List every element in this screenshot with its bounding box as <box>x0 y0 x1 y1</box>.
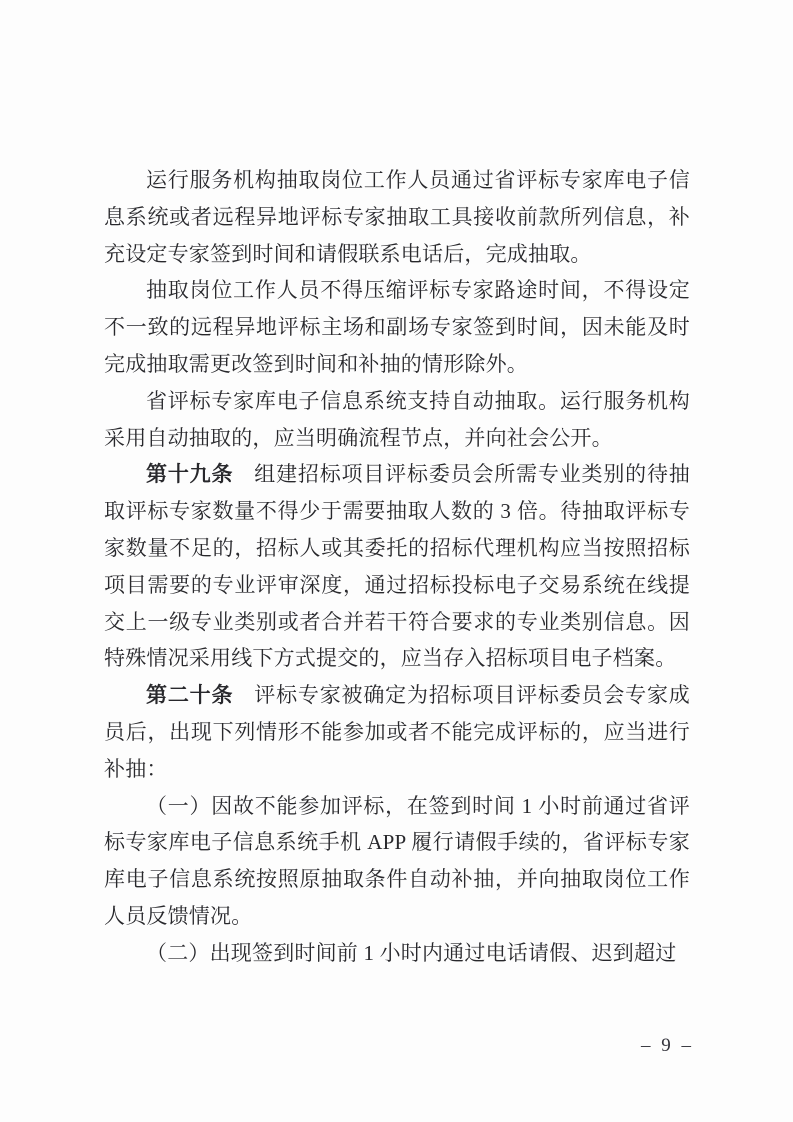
article-heading-20: 第二十条 <box>146 683 233 707</box>
paragraph: （二）出现签到时间前 1 小时内通过电话请假、迟到超过 <box>104 935 690 972</box>
paragraph: （一）因故不能参加评标，在签到时间 1 小时前通过省评标专家库电子信息系统手机 … <box>104 788 690 935</box>
paragraph: 运行服务机构抽取岗位工作人员通过省评标专家库电子信息系统或者远程异地评标专家抽取… <box>104 162 690 272</box>
article-heading-19: 第十九条 <box>146 462 233 486</box>
paragraph-text: （二）出现签到时间前 1 小时内通过电话请假、迟到超过 <box>146 941 676 965</box>
page-number: – 9 – <box>641 1035 694 1057</box>
paragraph-text: 组建招标项目评标委员会所需专业类别的待抽取评标专家数量不得少于需要抽取人数的 3… <box>104 462 690 670</box>
document-body: 运行服务机构抽取岗位工作人员通过省评标专家库电子信息系统或者远程异地评标专家抽取… <box>104 162 690 972</box>
paragraph-text: 运行服务机构抽取岗位工作人员通过省评标专家库电子信息系统或者远程异地评标专家抽取… <box>104 168 690 266</box>
paragraph-text: （一）因故不能参加评标，在签到时间 1 小时前通过省评标专家库电子信息系统手机 … <box>104 794 690 928</box>
paragraph: 第十九条组建招标项目评标委员会所需专业类别的待抽取评标专家数量不得少于需要抽取人… <box>104 456 690 677</box>
paragraph: 抽取岗位工作人员不得压缩评标专家路途时间，不得设定不一致的远程异地评标主场和副场… <box>104 272 690 382</box>
paragraph-text: 省评标专家库电子信息系统支持自动抽取。运行服务机构采用自动抽取的，应当明确流程节… <box>104 389 690 450</box>
document-page: 运行服务机构抽取岗位工作人员通过省评标专家库电子信息系统或者远程异地评标专家抽取… <box>0 0 793 1122</box>
paragraph: 第二十条评标专家被确定为招标项目评标委员会专家成员后，出现下列情形不能参加或者不… <box>104 677 690 787</box>
paragraph-text: 抽取岗位工作人员不得压缩评标专家路途时间，不得设定不一致的远程异地评标主场和副场… <box>104 278 690 376</box>
paragraph: 省评标专家库电子信息系统支持自动抽取。运行服务机构采用自动抽取的，应当明确流程节… <box>104 383 690 457</box>
